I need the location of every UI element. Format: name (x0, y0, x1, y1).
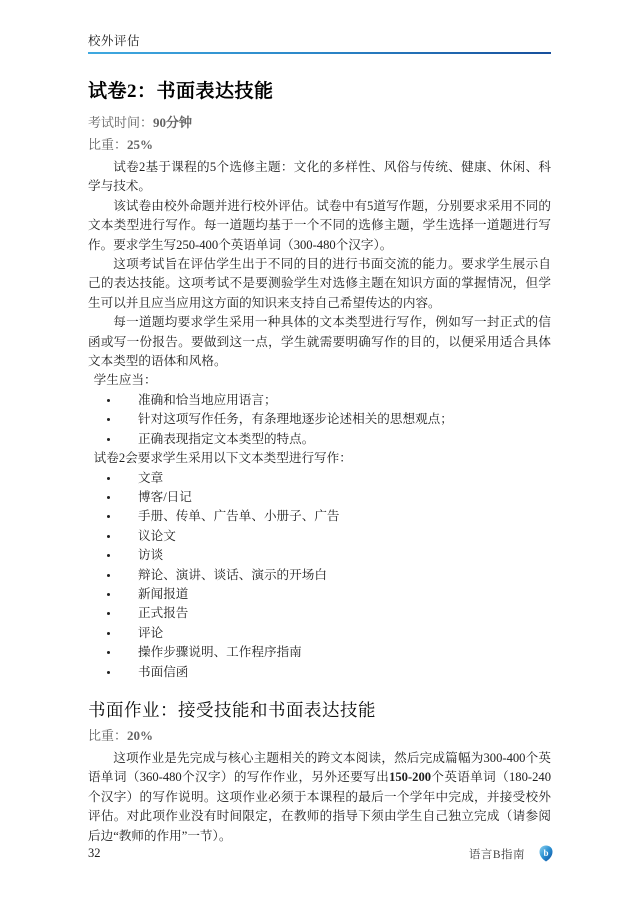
paragraph: 该试卷由校外命题并进行校外评估。试卷中有5道写作题，分别要求采用不同的文本类型进… (88, 197, 551, 255)
bullet-icon (107, 651, 110, 654)
exam-duration: 考试时间：90分钟 (88, 112, 551, 134)
paper2-meta: 考试时间：90分钟 比重：25% (88, 112, 551, 156)
list-item: 辩论、演讲、谈话、演示的开场白 (88, 566, 551, 585)
bullet-icon (107, 418, 110, 421)
bullet-icon (107, 535, 110, 538)
weighting-label: 比重： (88, 137, 127, 152)
text-types-list: 文章 博客/日记 手册、传单、广告单、小册子、广告 议论文 访谈 辩论、演讲、谈… (88, 469, 551, 682)
bullet-icon (107, 612, 110, 615)
paragraph: 这项考试旨在评估学生出于不同的目的进行书面交流的能力。要求学生展示自己的表达技能… (88, 255, 551, 313)
footer-doc-title: 语言B指南 (469, 846, 525, 862)
list-item: 博客/日记 (88, 488, 551, 507)
list-item: 正确表现指定文本类型的特点。 (88, 430, 551, 449)
list-item: 正式报告 (88, 604, 551, 623)
page-footer: 32 语言B指南 b (88, 845, 553, 862)
exam-duration-value: 90分钟 (153, 115, 192, 130)
list-item-text: 博客/日记 (138, 490, 192, 504)
students-should-lead: 学生应当： (88, 371, 551, 390)
list-item: 议论文 (88, 527, 551, 546)
list-item-text: 议论文 (138, 529, 176, 543)
paper2-body: 试卷2基于课程的5个选修主题：文化的多样性、风俗与传统、健康、休闲、科学与技术。… (88, 158, 551, 682)
list-item-text: 针对这项写作任务，有条理地逐步论述相关的思想观点； (138, 412, 453, 426)
weighting-2-value: 20% (127, 728, 153, 743)
list-item: 评论 (88, 624, 551, 643)
weighting-2-label: 比重： (88, 728, 127, 743)
list-item-text: 文章 (138, 471, 163, 485)
bullet-icon (107, 438, 110, 441)
list-item-text: 正式报告 (138, 606, 188, 620)
page-title: 试卷2：书面表达技能 (88, 79, 551, 104)
list-item: 针对这项写作任务，有条理地逐步论述相关的思想观点； (88, 410, 551, 429)
written-assignment-meta: 比重：20% (88, 725, 551, 747)
paragraph: 试卷2基于课程的5个选修主题：文化的多样性、风俗与传统、健康、休闲、科学与技术。 (88, 158, 551, 197)
paragraph-segment-bold: 150-200 (389, 770, 431, 784)
list-item: 访谈 (88, 546, 551, 565)
list-item-text: 操作步骤说明、工作程序指南 (138, 645, 302, 659)
bullet-icon (107, 632, 110, 635)
bullet-icon (107, 399, 110, 402)
weighting-2: 比重：20% (88, 725, 551, 747)
list-item-text: 手册、传单、广告单、小册子、广告 (138, 509, 340, 523)
paragraph: 这项作业是先完成与核心主题相关的跨文本阅读，然后完成篇幅为300-400个英语单… (88, 749, 551, 846)
svg-text:b: b (543, 848, 548, 858)
list-item: 操作步骤说明、工作程序指南 (88, 643, 551, 662)
bullet-icon (107, 496, 110, 499)
list-item: 新闻报道 (88, 585, 551, 604)
list-item-text: 辩论、演讲、谈话、演示的开场白 (138, 568, 327, 582)
list-item: 书面信函 (88, 663, 551, 682)
list-item: 准确和恰当地应用语言； (88, 391, 551, 410)
bullet-icon (107, 574, 110, 577)
header-rule (88, 52, 551, 54)
bullet-icon (107, 477, 110, 480)
running-header-title: 校外评估 (88, 34, 551, 49)
list-item-text: 访谈 (138, 548, 163, 562)
footer-page-number: 32 (88, 846, 101, 861)
paragraph: 每一道题均要求学生采用一种具体的文本类型进行写作，例如写一封正式的信函或写一份报… (88, 313, 551, 371)
page-content: 校外评估 试卷2：书面表达技能 考试时间：90分钟 比重：25% 试卷2基于课程… (88, 0, 551, 846)
section-title-written-assignment: 书面作业：接受技能和书面表达技能 (88, 699, 551, 722)
list-item-text: 新闻报道 (138, 587, 188, 601)
bullet-icon (107, 671, 110, 674)
bullet-icon (107, 515, 110, 518)
footer-right-group: 语言B指南 b (469, 845, 553, 862)
list-item-text: 书面信函 (138, 665, 188, 679)
list-item-text: 正确表现指定文本类型的特点。 (138, 432, 314, 446)
written-assignment-body: 这项作业是先完成与核心主题相关的跨文本阅读，然后完成篇幅为300-400个英语单… (88, 749, 551, 846)
students-should-list: 准确和恰当地应用语言； 针对这项写作任务，有条理地逐步论述相关的思想观点； 正确… (88, 391, 551, 449)
weighting: 比重：25% (88, 134, 551, 156)
list-item-text: 准确和恰当地应用语言； (138, 393, 277, 407)
bullet-icon (107, 554, 110, 557)
exam-duration-label: 考试时间： (88, 115, 153, 130)
list-item: 文章 (88, 469, 551, 488)
list-item-text: 评论 (138, 626, 163, 640)
text-types-lead: 试卷2会要求学生采用以下文本类型进行写作： (88, 449, 551, 468)
ib-logo-icon: b (539, 845, 553, 862)
document-page: 校外评估 试卷2：书面表达技能 考试时间：90分钟 比重：25% 试卷2基于课程… (0, 0, 638, 902)
list-item: 手册、传单、广告单、小册子、广告 (88, 507, 551, 526)
weighting-value: 25% (127, 137, 153, 152)
bullet-icon (107, 593, 110, 596)
